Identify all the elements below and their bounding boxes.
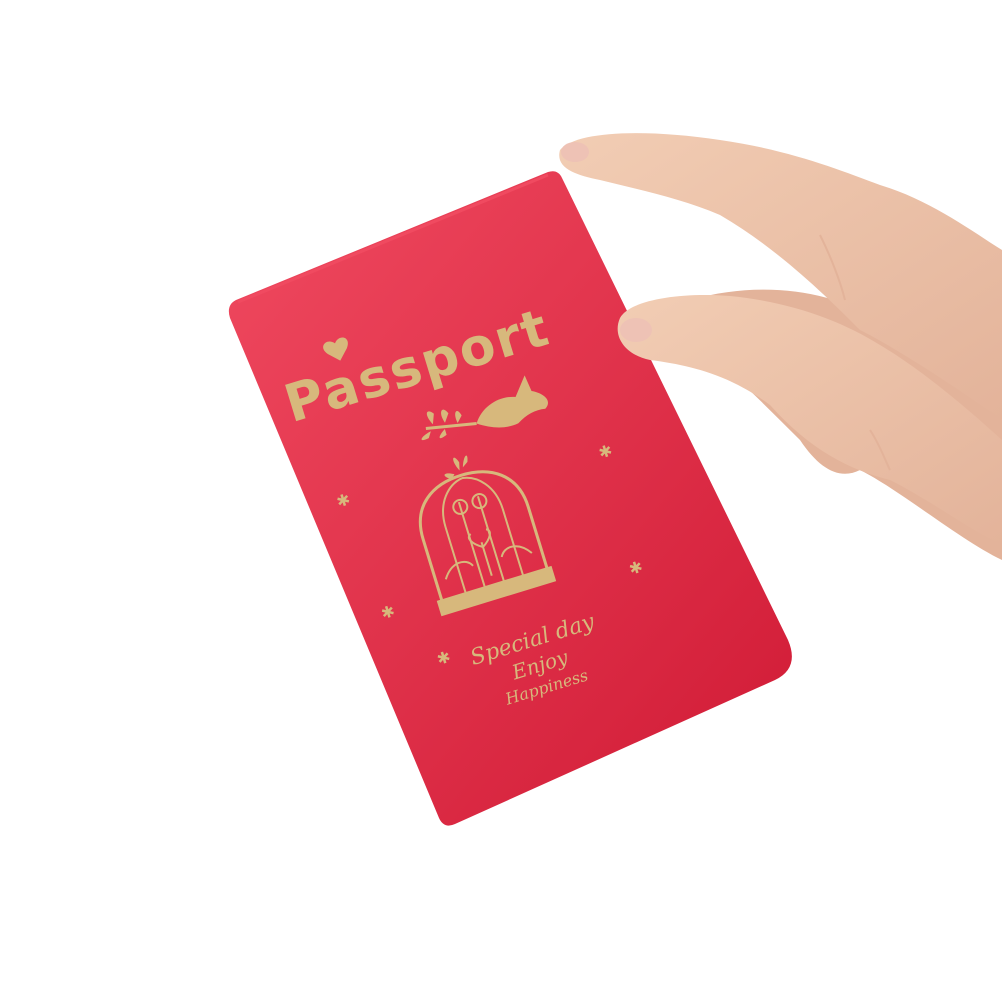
thumbnail bbox=[620, 318, 652, 342]
product-photo: Passport ✱ ✱ bbox=[0, 0, 1002, 1002]
passport-cover: Passport ✱ ✱ bbox=[229, 171, 792, 825]
fingernail bbox=[561, 142, 589, 162]
cover-body bbox=[229, 171, 792, 825]
